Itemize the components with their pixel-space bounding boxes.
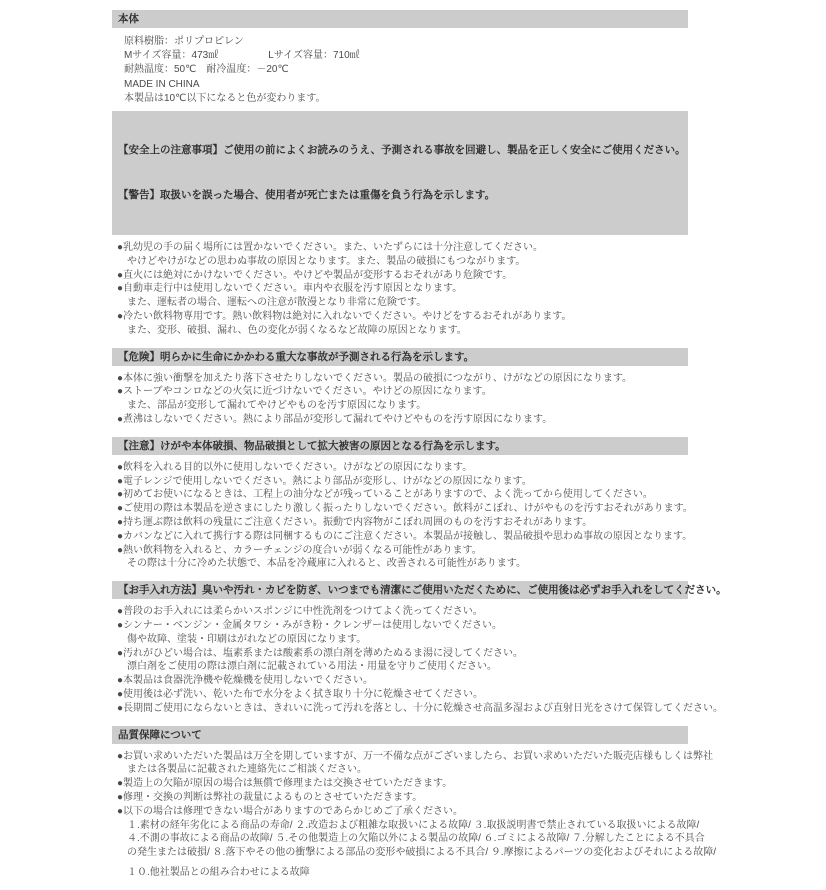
- caution-bullet-line: ●持ち運ぶ際は飲料の残量にご注意ください。振動で内容物がこぼれ周囲のものを汚すお…: [117, 516, 688, 530]
- warning-title: 【警告】取扱いを誤った場合、使用者が死亡または重傷を負う行為を示します。: [118, 188, 682, 203]
- safety-notice-title: 【安全上の注意事項】ご使用の前によくお読みのうえ、予測される事故を回避し、製品を…: [118, 143, 682, 158]
- product-spec-line: 耐熱温度：50℃ 耐冷温度：－20℃: [124, 63, 688, 77]
- warning-bullet-line: また、運転者の場合、運転への注意が散漫となり非常に危険です。: [117, 296, 688, 310]
- caution-bullet-line: ●カバンなどに入れて携行する際は同梱するものにご注意ください。本製品が接触し、製…: [117, 530, 688, 544]
- warning-bullet-list: ●乳幼児の手の届く場所には置かないでください。また、いたずらには十分注意してくだ…: [112, 235, 688, 348]
- caution-bullet-line: ●ご使用の際は本製品を逆さまにしたり激しく振ったりしないでください。飲料がこぼれ…: [117, 502, 688, 516]
- quality-bullet-line: ●お買い求めいただいた製品は万全を期していますが、万一不備な点がございましたら、…: [117, 750, 688, 764]
- instruction-document: 本体 原料樹脂：ポリプロピレンMサイズ容量：473㎖ Lサイズ容量：710㎖耐熱…: [112, 10, 688, 826]
- product-spec-line: Mサイズ容量：473㎖ Lサイズ容量：710㎖: [124, 49, 688, 63]
- care-bullet-line: ●使用後は必ず洗い、乾いた布で水分をよく拭き取り十分に乾燥させてください。: [117, 688, 688, 702]
- danger-bullet-list: ●本体に強い衝撃を加えたり落下させたりしないでください。製品の破損につながり、け…: [112, 366, 688, 437]
- care-bullet-line: ●本製品は食器洗浄機や乾燥機を使用しないでください。: [117, 674, 688, 688]
- product-spec-line: 原料樹脂：ポリプロピレン: [124, 35, 688, 49]
- caution-bullet-line: ●熱い飲料物を入れると、カラーチェンジの度合いが弱くなる可能性があります。: [117, 544, 688, 558]
- warning-bullet-line: ●乳幼児の手の届く場所には置かないでください。また、いたずらには十分注意してくだ…: [117, 241, 688, 255]
- care-bullet-line: ●普段のお手入れには柔らかいスポンジに中性洗剤をつけてよく洗ってください。: [117, 605, 688, 619]
- quality-bullet-list: ●お買い求めいただいた製品は万全を期していますが、万一不備な点がございましたら、…: [112, 744, 688, 826]
- warning-bullet-line: また、変形、破損、漏れ、色の変化が弱くなるなど故障の原因となります。: [117, 324, 688, 338]
- care-bullet-line: ●シンナー・ベンジン・金属タワシ・みがき粉・クレンザーは使用しないでください。: [117, 619, 688, 633]
- warning-bullet-line: やけどやけがなどの思わぬ事故の原因となります。また、製品の破損にもつながります。: [117, 255, 688, 269]
- caution-bullet-line: ●飲料を入れる目的以外に使用しないでください。けがなどの原因になります。: [117, 461, 688, 475]
- product-spec-line: MADE IN CHINA: [124, 78, 688, 92]
- care-bullet-line: 傷や故障、塗装・印刷はがれなどの原因になります。: [117, 633, 688, 647]
- danger-bullet-line: ●ストーブやコンロなどの火気に近づけないでください。やけどの原因になります。: [117, 385, 688, 399]
- warning-bullet-line: ●自動車走行中は使用しないでください。車内や衣服を汚す原因となります。: [117, 282, 688, 296]
- care-bullet-line: ●長期間ご使用にならないときは、きれいに洗って汚れを落とし、十分に乾燥させ高温多…: [117, 702, 688, 716]
- care-bullet-line: 漂白剤をご使用の際は漂白剤に記載されている用法・用量を守りご使用ください。: [117, 660, 688, 674]
- product-spec-line: 本製品は10℃以下になると色が変わります。: [124, 92, 688, 106]
- caution-bullet-list: ●飲料を入れる目的以外に使用しないでください。けがなどの原因になります。●電子レ…: [112, 455, 688, 581]
- section-header-danger: 【危険】明らかに生命にかかわる重大な事故が予測される行為を示します。: [112, 348, 688, 366]
- quality-bullet-line: １.素材の経年劣化による商品の寿命/ ２.改造および粗雑な取扱いによる故障/ ３…: [117, 819, 688, 826]
- caution-bullet-line: ●電子レンジで使用しないでください。熱により部品が変形し、けがなどの原因になりま…: [117, 475, 688, 489]
- quality-bullet-line: ●以下の場合は修理できない場合がありますのであらかじめご了承ください。: [117, 805, 688, 819]
- section-header-quality: 品質保障について: [112, 726, 688, 744]
- care-bullet-line: ●汚れがひどい場合は、塩素系または酸素系の漂白剤を薄めたぬるま湯に浸してください…: [117, 647, 688, 661]
- warning-bullet-line: ●冷たい飲料物専用です。熱い飲料物は絶対に入れないでください。やけどをするおそれ…: [117, 310, 688, 324]
- warning-bullet-line: ●直火には絶対にかけないでください。やけどや製品が変形するおそれがあり危険です。: [117, 269, 688, 283]
- section-header-safety-warning: 【安全上の注意事項】ご使用の前によくお読みのうえ、予測される事故を回避し、製品を…: [112, 111, 688, 235]
- section-header-caution: 【注意】けがや本体破損、物品破損として拡大被害の原因となる行為を示します。: [112, 437, 688, 455]
- danger-bullet-line: また、部品が変形して漏れてやけどやものを汚す原因になります。: [117, 399, 688, 413]
- quality-bullet-line: または各製品に記載された連絡先にご相談ください。: [117, 763, 688, 777]
- quality-bullet-line: ●製造上の欠陥が原因の場合は無償で修理または交換させていただきます。: [117, 777, 688, 791]
- section-header-care: 【お手入れ方法】臭いや汚れ・カビを防ぎ、いつまでも清潔にご使用いただくために、ご…: [112, 581, 688, 599]
- product-spec-list: 原料樹脂：ポリプロピレンMサイズ容量：473㎖ Lサイズ容量：710㎖耐熱温度：…: [112, 28, 688, 111]
- care-bullet-list: ●普段のお手入れには柔らかいスポンジに中性洗剤をつけてよく洗ってください。●シン…: [112, 599, 688, 725]
- danger-bullet-line: ●煮沸はしないでください。熱により部品が変形して漏れてやけどやものを汚す原因にな…: [117, 413, 688, 427]
- danger-bullet-line: ●本体に強い衝撃を加えたり落下させたりしないでください。製品の破損につながり、け…: [117, 372, 688, 386]
- caution-bullet-line: ●初めてお使いになるときは、工程上の油分などが残っていることがありますので、よく…: [117, 488, 688, 502]
- section-header-body: 本体: [112, 10, 688, 28]
- caution-bullet-line: その際は十分に冷めた状態で、本品を冷蔵庫に入れると、改善される可能性があります。: [117, 557, 688, 571]
- quality-bullet-line: ●修理・交換の判断は弊社の裁量によるものとさせていただきます。: [117, 791, 688, 805]
